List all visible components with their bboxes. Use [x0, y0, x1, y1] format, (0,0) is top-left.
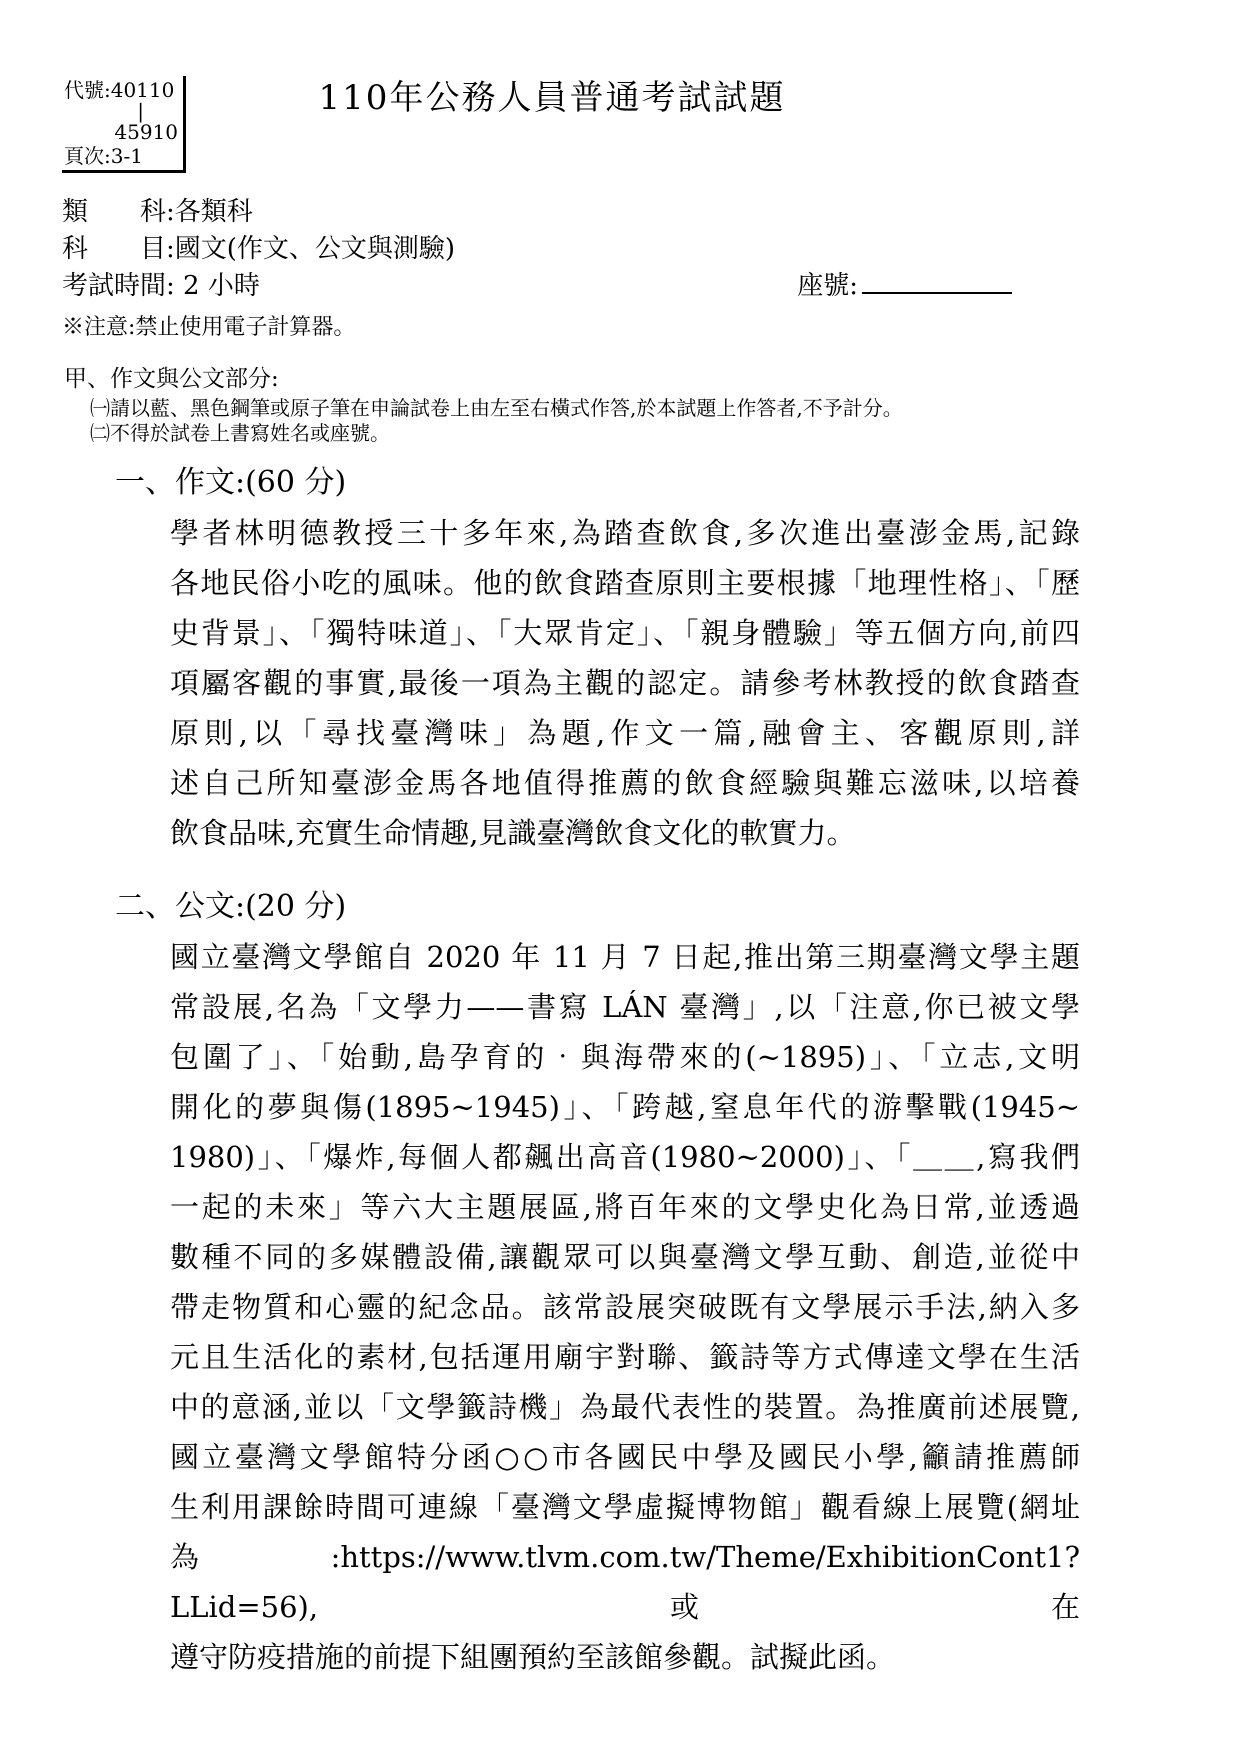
- official-document-text-line: 生利用課餘時間可連線「臺灣文學虛擬博物館」觀看線上展覽(網址: [170, 1482, 1080, 1532]
- official-document-text-line: 1980)」、「爆炸,每個人都飆出高音(1980~2000)」、「＿＿,寫我們: [170, 1132, 1080, 1182]
- subject-value: 國文(作文、公文與測驗): [175, 234, 455, 264]
- essay-text-line: 各地民俗小吃的風味。他的飲食踏查原則主要根據「地理性格」、「歷: [170, 558, 1080, 608]
- essay-text-line: 史背景」、「獨特味道」、「大眾肯定」、「親身體驗」等五個方向,前四: [170, 608, 1080, 658]
- official-document-text-line: 常設展,名為「文學力——書寫 LÁN 臺灣」,以「注意,你已被文學: [170, 982, 1080, 1032]
- exam-time: 考試時間: 2 小時: [62, 268, 260, 305]
- time-label: 考試時間:: [62, 271, 175, 301]
- official-document-text-line: 帶走物質和心靈的紀念品。該常設展突破既有文學展示手法,納入多: [170, 1282, 1080, 1332]
- page-index: 頁次:3-1: [64, 144, 178, 168]
- seat-label: 座號:: [797, 271, 858, 301]
- page-title: 110年公務人員普通考試試題: [0, 78, 1104, 118]
- essay-text-line: 學者林明德教授三十多年來,為踏查飲食,多次進出臺澎金馬,記錄: [170, 508, 1080, 558]
- category-row: 類 科:各類科: [62, 194, 1012, 231]
- exam-paper-page: 代號:40110 | 45910 頁次:3-1 110年公務人員普通考試試題 類…: [0, 0, 1241, 1755]
- exam-info: 類 科:各類科 科 目:國文(作文、公文與測驗) 考試時間: 2 小時 座號:: [62, 194, 1012, 305]
- essay-heading: 一、作文:(60 分): [115, 465, 346, 501]
- part-a-instructions: ㈠請以藍、黑色鋼筆或原子筆在申論試卷上由左至右橫式作答,於本試題上作答者,不予計…: [90, 396, 903, 446]
- instruction-line: ㈡不得於試卷上書寫姓名或座號。: [90, 421, 903, 446]
- official-document-text-line: 開化的夢與傷(1895~1945)」、「跨越,窒息年代的游擊戰(1945~: [170, 1082, 1080, 1132]
- calculator-notice: ※注意:禁止使用電子計算器。: [62, 314, 355, 342]
- official-document-text-line: 中的意涵,並以「文學籤詩機」為最代表性的裝置。為推廣前述展覽,: [170, 1382, 1080, 1432]
- official-document-text-line: 數種不同的多媒體設備,讓觀眾可以與臺灣文學互動、創造,並從中: [170, 1232, 1080, 1282]
- official-document-body: 國立臺灣文學館自 2020 年 11 月 7 日起,推出第三期臺灣文學主題常設展…: [170, 932, 1080, 1682]
- part-a-heading: 甲、作文與公文部分:: [64, 364, 903, 394]
- official-document-text-line: 為:https://www.tlvm.com.tw/Theme/Exhibiti…: [170, 1532, 1080, 1632]
- official-document-text-line: 一起的未來」等六大主題展區,將百年來的文學史化為日常,並透過: [170, 1182, 1080, 1232]
- official-document-text-line: 國立臺灣文學館特分函○○市各國民中學及國民小學,籲請推薦師: [170, 1432, 1080, 1482]
- essay-body: 學者林明德教授三十多年來,為踏查飲食,多次進出臺澎金馬,記錄各地民俗小吃的風味。…: [170, 508, 1080, 858]
- seat-number-blank: [862, 268, 1012, 294]
- seat-field: 座號:: [797, 268, 1012, 305]
- time-value: 2 小時: [175, 271, 260, 301]
- official-document-text-line: 國立臺灣文學館自 2020 年 11 月 7 日起,推出第三期臺灣文學主題: [170, 932, 1080, 982]
- essay-text-line: 項屬客觀的事實,最後一項為主觀的認定。請參考林教授的飲食踏查: [170, 658, 1080, 708]
- official-document-text-line: 包圍了」、「始動,島孕育的‧與海帶來的(~1895)」、「立志,文明: [170, 1032, 1080, 1082]
- essay-text-line: 飲食品味,充實生命情趣,見識臺灣飲食文化的軟實力。: [170, 808, 1080, 858]
- exam-code-end: 45910: [64, 120, 178, 144]
- essay-text-line: 述自己所知臺澎金馬各地值得推薦的飲食經驗與難忘滋味,以培養: [170, 758, 1080, 808]
- subject-label: 科 目:: [62, 234, 175, 264]
- subject-row: 科 目:國文(作文、公文與測驗): [62, 231, 1012, 268]
- category-label: 類 科:: [62, 197, 175, 227]
- instruction-line: ㈠請以藍、黑色鋼筆或原子筆在申論試卷上由左至右橫式作答,於本試題上作答者,不予計…: [90, 396, 903, 421]
- official-document-heading: 二、公文:(20 分): [115, 889, 346, 925]
- category-value: 各類科: [175, 197, 253, 227]
- official-document-text-line: 元且生活化的素材,包括運用廟宇對聯、籤詩等方式傳達文學在生活: [170, 1332, 1080, 1382]
- part-a: 甲、作文與公文部分: ㈠請以藍、黑色鋼筆或原子筆在申論試卷上由左至右橫式作答,於…: [64, 364, 903, 446]
- official-document-text-line: 遵守防疫措施的前提下組團預約至該館參觀。試擬此函。: [170, 1632, 1080, 1682]
- time-seat-row: 考試時間: 2 小時 座號:: [62, 268, 1012, 305]
- essay-text-line: 原則,以「尋找臺灣味」為題,作文一篇,融會主、客觀原則,詳: [170, 708, 1080, 758]
